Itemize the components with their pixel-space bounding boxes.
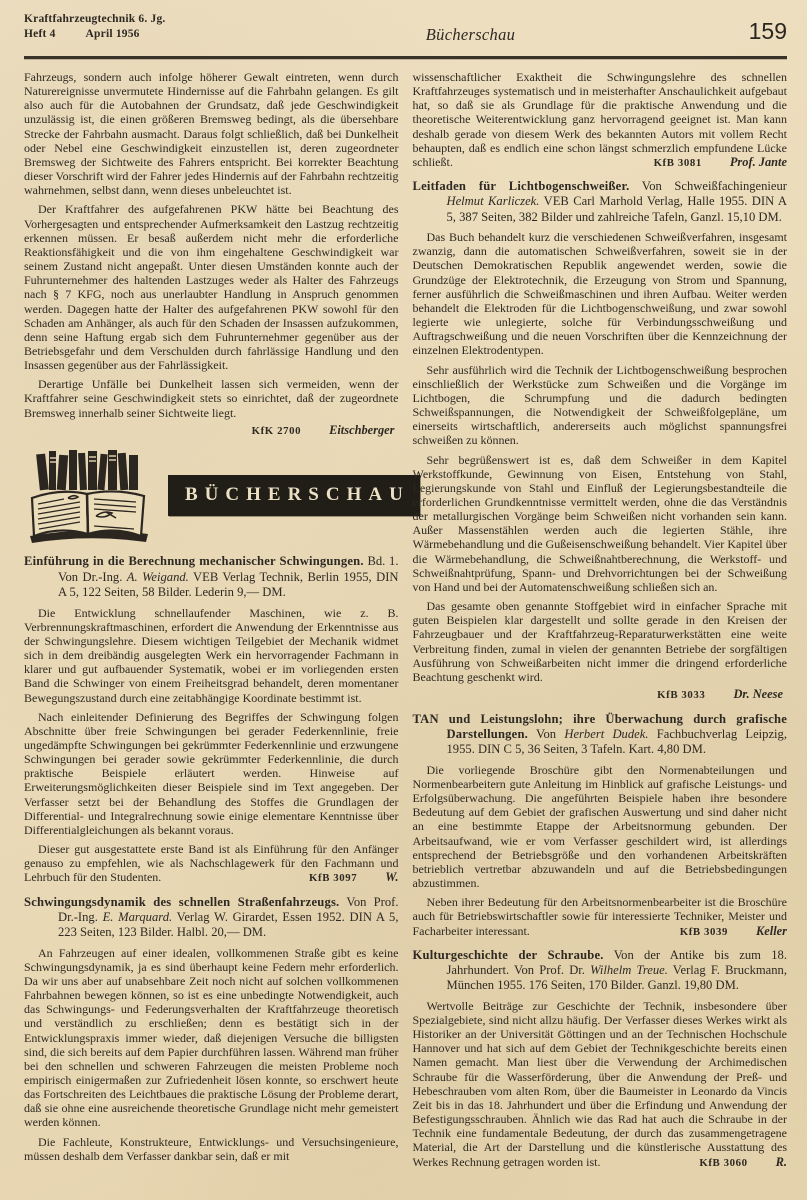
review-paragraph: Neben ihrer Bedeutung für den Arbeitsnor…: [413, 895, 788, 937]
review-paragraph: Die Fachleute, Konstrukteure, Entwicklun…: [24, 1135, 399, 1163]
review-paragraph: Sehr begrüßenswert ist es, daß dem Schwe…: [413, 453, 788, 595]
book-author: Helmut Karliczek.: [447, 194, 540, 208]
review-paragraph: Wertvolle Beiträge zur Geschichte der Te…: [413, 999, 788, 1169]
article-paragraph: Fahrzeugs, sondern auch infolge höherer …: [24, 70, 399, 197]
review-paragraph: An Fahrzeugen auf einer idealen, vollkom…: [24, 946, 399, 1130]
reviewer-name: Keller: [756, 924, 787, 938]
reviewer-name: Eitschberger: [329, 423, 394, 437]
page-header: Kraftfahrzeugtechnik 6. Jg. Heft 4April …: [24, 12, 787, 54]
review-code: KfB 3081: [654, 157, 702, 169]
review-code: KfB 3033: [657, 689, 705, 701]
column-right: wissenschaftlicher Exaktheit die Schwing…: [413, 70, 788, 1169]
review-paragraph: Sehr ausführlich wird die Technik der Li…: [413, 363, 788, 448]
review-paragraph-continuation: wissenschaftlicher Exaktheit die Schwing…: [413, 70, 788, 169]
review-text: Wertvolle Beiträge zur Geschichte der Te…: [413, 999, 788, 1169]
review-signature: KfB 3097W.: [283, 870, 399, 885]
biblio-text: Von: [528, 727, 564, 741]
review-code: KfB 3097: [309, 872, 357, 884]
review-paragraph: Die vorliegende Broschüre gibt den Norme…: [413, 763, 788, 890]
review-code: KfB 3060: [699, 1157, 747, 1169]
review-paragraph: Das Buch behandelt kurz die verschiedene…: [413, 230, 788, 357]
book-title: Einführung in die Berechnung mechanische…: [24, 554, 364, 568]
column-left: Fahrzeugs, sondern auch infolge höherer …: [24, 70, 399, 1169]
open-book-bookshelf-icon: [26, 446, 154, 544]
issue-date: April 1956: [86, 28, 140, 40]
header-rule: [24, 56, 787, 59]
book-author: Wilhelm Treue.: [590, 963, 668, 977]
article-paragraph: Derartige Unfälle bei Dunkelheit lassen …: [24, 377, 399, 419]
review-text: wissenschaftlicher Exaktheit die Schwing…: [413, 70, 788, 169]
reviewer-name: Dr. Neese: [733, 687, 783, 701]
review-heading: Leitfaden für Lichtbogenschweißer. Von S…: [413, 179, 788, 225]
reviewer-name: W.: [385, 870, 398, 884]
book-author: Herbert Dudek.: [564, 727, 648, 741]
review-code: KfB 3039: [680, 926, 728, 938]
review-heading: Schwingungsdynamik des schnellen Straßen…: [24, 895, 399, 941]
book-title: Schwingungsdynamik des schnellen Straßen…: [24, 895, 339, 909]
biblio-text: Von Schweißfachingenieur: [629, 179, 787, 193]
review-paragraph: Die Entwicklung schnellaufender Maschine…: [24, 606, 399, 705]
running-title: Bücherschau: [224, 25, 717, 45]
review-heading: Einführung in die Berechnung mechanische…: [24, 554, 399, 600]
two-column-text: Fahrzeugs, sondern auch infolge höherer …: [24, 70, 787, 1169]
issue-label: Heft 4: [24, 28, 56, 40]
page-number: 159: [717, 18, 787, 45]
review-signature: KfB 3033Dr. Neese: [413, 687, 788, 702]
review-signature: KfB 3081Prof. Jante: [642, 155, 787, 170]
journal-info: Kraftfahrzeugtechnik 6. Jg. Heft 4April …: [24, 12, 224, 42]
journal-title: Kraftfahrzeugtechnik 6. Jg.: [24, 12, 224, 27]
review-heading: TAN und Leistungslohn; ihre Überwachung …: [413, 712, 788, 758]
review-signature: KfB 3060R.: [673, 1155, 787, 1170]
book-title: Kulturgeschichte der Schraube.: [413, 948, 604, 962]
section-banner-title: BÜCHERSCHAU: [168, 475, 420, 516]
issue-info: Heft 4April 1956: [24, 27, 224, 42]
review-paragraph: Dieser gut ausgestattete erste Band ist …: [24, 842, 399, 884]
review-code: KfK 2700: [252, 425, 302, 437]
journal-page: Kraftfahrzeugtechnik 6. Jg. Heft 4April …: [0, 0, 807, 1200]
review-paragraph: Nach einleitender Definierung des Begrif…: [24, 710, 399, 837]
article-signature: KfK 2700Eitschberger: [24, 423, 399, 438]
review-heading: Kulturgeschichte der Schraube. Von der A…: [413, 948, 788, 994]
book-author: E. Marquard.: [103, 910, 173, 924]
article-paragraph: Der Kraftfahrer des aufgefahrenen PKW hä…: [24, 202, 399, 372]
review-paragraph: Das gesamte oben genannte Stoffgebiet wi…: [413, 599, 788, 684]
review-signature: KfB 3039Keller: [654, 924, 787, 939]
reviewer-name: Prof. Jante: [730, 155, 787, 169]
book-author: A. Weigand.: [127, 570, 189, 584]
buecherschau-banner: BÜCHERSCHAU: [24, 446, 399, 544]
book-title: Leitfaden für Lichtbogenschweißer.: [413, 179, 630, 193]
reviewer-name: R.: [776, 1155, 787, 1169]
